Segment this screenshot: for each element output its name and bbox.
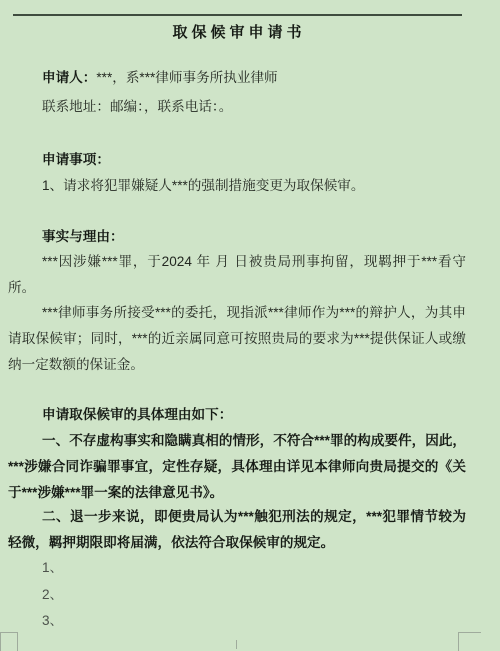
reasons-heading: 申请取保候审的具体理由如下：	[8, 402, 466, 428]
reason-paragraph-1: 一、不存虚构事实和隐瞒真相的情形，不符合***罪的构成要件，因此，***涉嫌合同…	[8, 428, 466, 506]
bottom-center-tick-mark	[236, 640, 237, 649]
bottom-left-corner-mark	[0, 632, 18, 651]
facts-heading: 事实与理由：	[8, 224, 466, 250]
reason-paragraph-2: 二、退一步来说，即便贵局认为***触犯刑法的规定，***犯罪情节较为轻微，羁押期…	[8, 504, 466, 556]
document-page: 取保候审申请书 申请人：***，系***律师事务所执业律师 联系地址：邮编：，联…	[0, 0, 500, 651]
numbered-item-2: 2、	[8, 582, 466, 608]
applicant-label: 申请人：	[42, 70, 96, 85]
applicant-value: ***，系***律师事务所执业律师	[96, 70, 277, 85]
applicant-line: 申请人：***，系***律师事务所执业律师	[8, 65, 466, 91]
fact-paragraph-2: ***律师事务所接受***的委托，现指派***律师作为***的辩护人，为其申请取…	[8, 300, 466, 378]
items-heading: 申请事项：	[8, 147, 466, 173]
contact-line: 联系地址：邮编：，联系电话：。	[8, 94, 466, 120]
bottom-right-corner-mark	[458, 632, 481, 651]
numbered-item-3: 3、	[8, 608, 466, 634]
item-1: 1、请求将犯罪嫌疑人***的强制措施变更为取保候审。	[8, 173, 466, 199]
top-rule-divider	[13, 14, 462, 16]
numbered-item-1: 1、	[8, 555, 466, 581]
fact-paragraph-1: ***因涉嫌***罪，于2024 年 月 日被贵局刑事拘留，现羁押于***看守所…	[8, 249, 466, 301]
document-title: 取保候审申请书	[10, 20, 468, 46]
